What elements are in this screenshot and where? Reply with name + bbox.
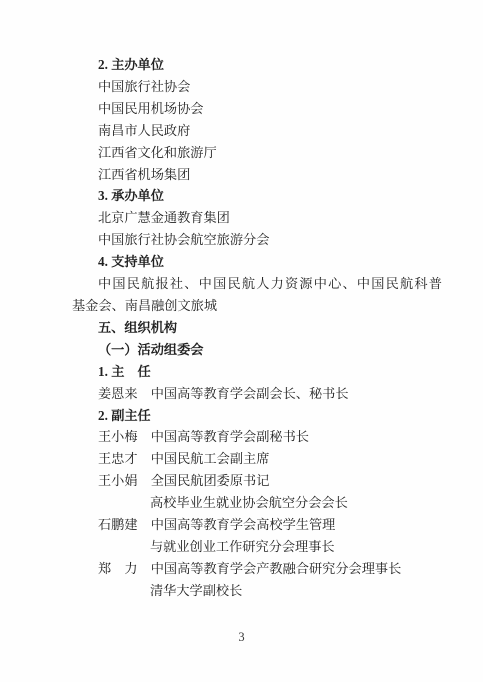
deputy-director-entry: 郑 力 中国高等教育学会产教融合研究分会理事长 bbox=[72, 558, 442, 580]
heading-committee: （一）活动组委会 bbox=[72, 339, 442, 361]
page-number: 3 bbox=[0, 629, 483, 646]
host-unit-item: 中国民用机场协会 bbox=[72, 98, 442, 120]
heading-director: 1. 主 任 bbox=[72, 361, 442, 383]
heading-support-units: 4. 支持单位 bbox=[72, 251, 442, 273]
heading-organization: 五、组织机构 bbox=[72, 317, 442, 339]
heading-host-units: 2. 主办单位 bbox=[72, 54, 442, 76]
deputy-director-entry: 王小梅 中国高等教育学会副秘书长 bbox=[72, 426, 442, 448]
deputy-director-entry: 石鹏建 中国高等教育学会高校学生管理 bbox=[72, 514, 442, 536]
deputy-director-entry-continuation: 高校毕业生就业协会航空分会会长 bbox=[72, 492, 442, 514]
deputy-director-entry: 王小娟 全国民航团委原书记 bbox=[72, 470, 442, 492]
heading-deputy-directors: 2. 副主任 bbox=[72, 405, 442, 427]
host-unit-item: 江西省机场集团 bbox=[72, 164, 442, 186]
host-unit-item: 南昌市人民政府 bbox=[72, 120, 442, 142]
heading-organizer-units: 3. 承办单位 bbox=[72, 185, 442, 207]
host-unit-item: 中国旅行社协会 bbox=[72, 76, 442, 98]
host-unit-item: 江西省文化和旅游厅 bbox=[72, 142, 442, 164]
document-page: 2. 主办单位 中国旅行社协会 中国民用机场协会 南昌市人民政府 江西省文化和旅… bbox=[0, 0, 483, 682]
support-units-line: 基金会、南昌融创文旅城 bbox=[72, 295, 442, 317]
deputy-director-entry-continuation: 清华大学副校长 bbox=[72, 580, 442, 602]
deputy-director-entry: 王忠才 中国民航工会副主席 bbox=[72, 448, 442, 470]
support-units-line: 中国民航报社、中国民航人力资源中心、中国民航科普 bbox=[72, 273, 442, 295]
document-body: 2. 主办单位 中国旅行社协会 中国民用机场协会 南昌市人民政府 江西省文化和旅… bbox=[72, 54, 442, 602]
organizer-unit-item: 北京广慧金通教育集团 bbox=[72, 207, 442, 229]
deputy-director-entry-continuation: 与就业创业工作研究分会理事长 bbox=[72, 536, 442, 558]
organizer-unit-item: 中国旅行社协会航空旅游分会 bbox=[72, 229, 442, 251]
director-entry: 姜恩来 中国高等教育学会副会长、秘书长 bbox=[72, 383, 442, 405]
